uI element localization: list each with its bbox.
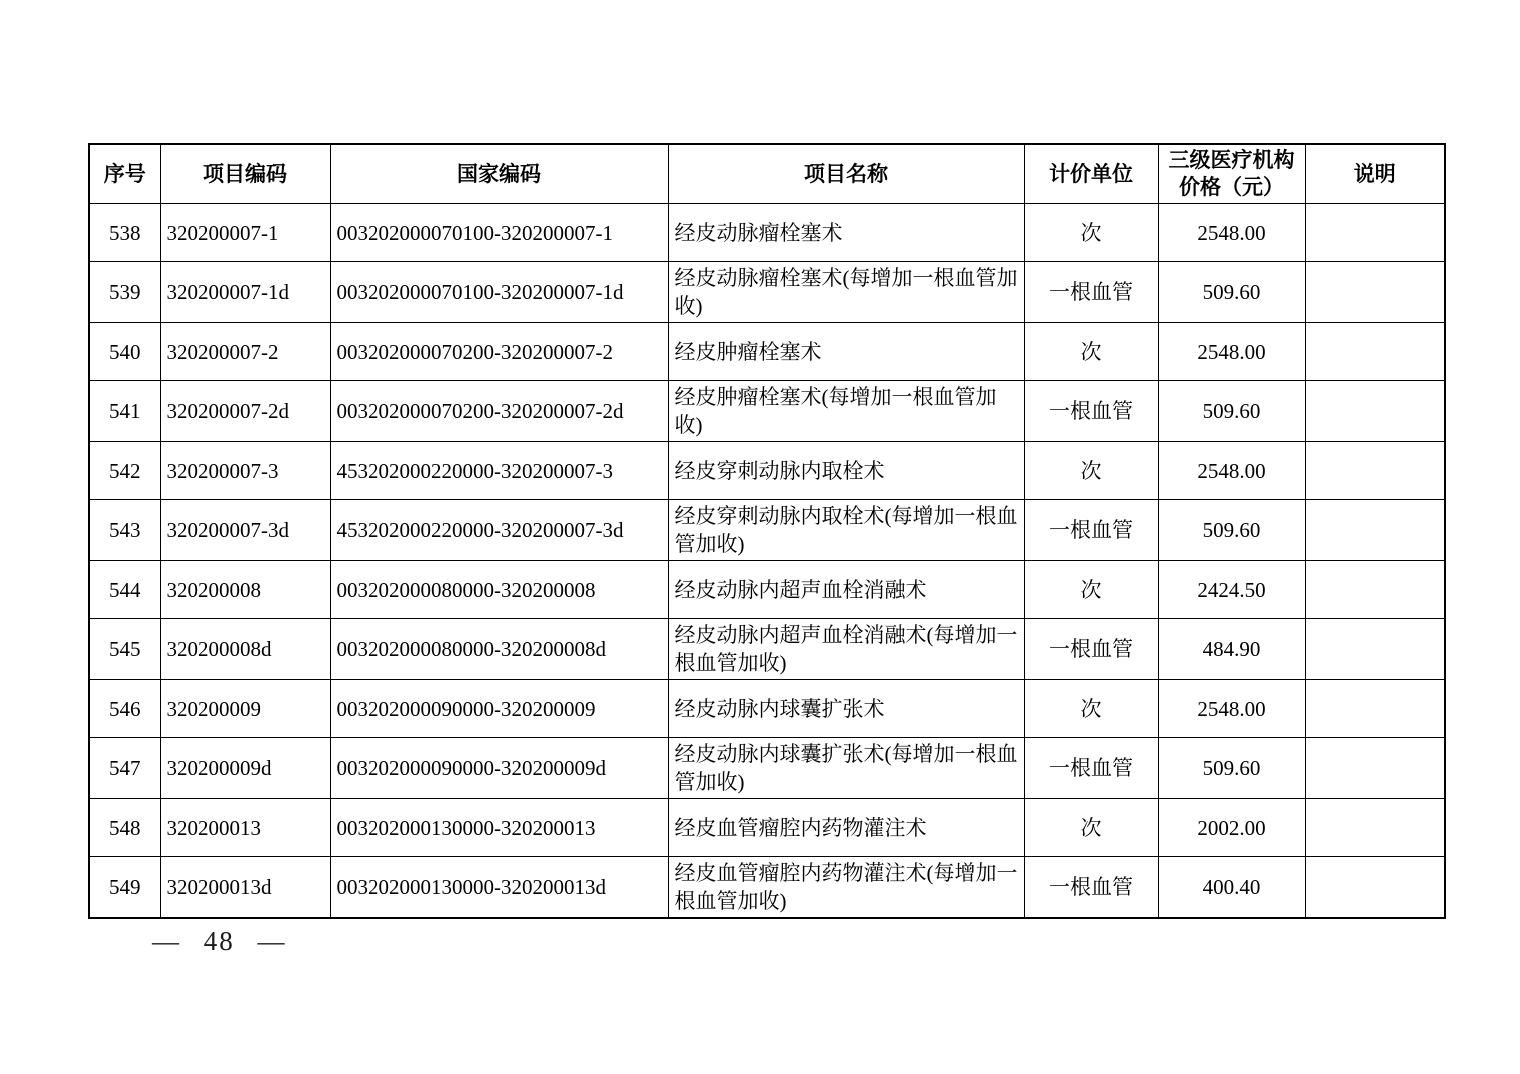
cell-note <box>1305 262 1445 323</box>
cell-seq: 543 <box>89 500 160 561</box>
cell-national-code: 003202000090000-320200009d <box>330 738 668 799</box>
table-body: 538 320200007-1 003202000070100-32020000… <box>89 204 1445 919</box>
cell-pricing-unit: 次 <box>1024 323 1158 381</box>
cell-national-code: 453202000220000-320200007-3d <box>330 500 668 561</box>
cell-seq: 549 <box>89 857 160 919</box>
cell-seq: 538 <box>89 204 160 262</box>
cell-price: 2002.00 <box>1158 799 1305 857</box>
cell-project-code: 320200008 <box>160 561 330 619</box>
cell-note <box>1305 561 1445 619</box>
cell-price: 509.60 <box>1158 738 1305 799</box>
cell-pricing-unit: 次 <box>1024 561 1158 619</box>
cell-project-name: 经皮肿瘤栓塞术 <box>668 323 1024 381</box>
cell-pricing-unit: 次 <box>1024 204 1158 262</box>
cell-project-name: 经皮穿刺动脉内取栓术(每增加一根血管加收) <box>668 500 1024 561</box>
header-project-code: 项目编码 <box>160 144 330 204</box>
cell-project-code: 320200007-3 <box>160 442 330 500</box>
header-note: 说明 <box>1305 144 1445 204</box>
cell-note <box>1305 500 1445 561</box>
cell-project-name: 经皮动脉内球囊扩张术(每增加一根血管加收) <box>668 738 1024 799</box>
cell-price: 509.60 <box>1158 262 1305 323</box>
cell-seq: 548 <box>89 799 160 857</box>
cell-national-code: 003202000070100-320200007-1 <box>330 204 668 262</box>
cell-project-code: 320200013 <box>160 799 330 857</box>
price-table: 序号 项目编码 国家编码 项目名称 计价单位 三级医疗机构价格（元） 说明 53… <box>88 143 1446 919</box>
cell-seq: 545 <box>89 619 160 680</box>
cell-note <box>1305 381 1445 442</box>
cell-project-name: 经皮动脉内超声血栓消融术 <box>668 561 1024 619</box>
cell-project-code: 320200007-3d <box>160 500 330 561</box>
cell-seq: 539 <box>89 262 160 323</box>
cell-note <box>1305 799 1445 857</box>
table-row: 542 320200007-3 453202000220000-32020000… <box>89 442 1445 500</box>
header-tier3-price: 三级医疗机构价格（元） <box>1158 144 1305 204</box>
cell-price: 2548.00 <box>1158 442 1305 500</box>
cell-project-name: 经皮血管瘤腔内药物灌注术 <box>668 799 1024 857</box>
cell-national-code: 003202000070200-320200007-2d <box>330 381 668 442</box>
cell-pricing-unit: 次 <box>1024 799 1158 857</box>
cell-national-code: 003202000130000-320200013 <box>330 799 668 857</box>
cell-pricing-unit: 一根血管 <box>1024 500 1158 561</box>
cell-project-name: 经皮动脉瘤栓塞术(每增加一根血管加收) <box>668 262 1024 323</box>
cell-national-code: 453202000220000-320200007-3 <box>330 442 668 500</box>
cell-national-code: 003202000070200-320200007-2 <box>330 323 668 381</box>
cell-project-code: 320200007-1 <box>160 204 330 262</box>
table-row: 540 320200007-2 003202000070200-32020000… <box>89 323 1445 381</box>
cell-national-code: 003202000080000-320200008 <box>330 561 668 619</box>
table-row: 547 320200009d 003202000090000-320200009… <box>89 738 1445 799</box>
cell-seq: 546 <box>89 680 160 738</box>
document-page: 序号 项目编码 国家编码 项目名称 计价单位 三级医疗机构价格（元） 说明 53… <box>0 0 1520 1074</box>
cell-price: 509.60 <box>1158 381 1305 442</box>
cell-price: 2424.50 <box>1158 561 1305 619</box>
cell-pricing-unit: 次 <box>1024 680 1158 738</box>
header-seq: 序号 <box>89 144 160 204</box>
cell-project-code: 320200007-2 <box>160 323 330 381</box>
table-header: 序号 项目编码 国家编码 项目名称 计价单位 三级医疗机构价格（元） 说明 <box>89 144 1445 204</box>
cell-project-name: 经皮动脉内超声血栓消融术(每增加一根血管加收) <box>668 619 1024 680</box>
cell-price: 400.40 <box>1158 857 1305 919</box>
cell-project-name: 经皮穿刺动脉内取栓术 <box>668 442 1024 500</box>
cell-project-code: 320200009d <box>160 738 330 799</box>
cell-project-code: 320200009 <box>160 680 330 738</box>
cell-pricing-unit: 次 <box>1024 442 1158 500</box>
cell-seq: 542 <box>89 442 160 500</box>
cell-national-code: 003202000080000-320200008d <box>330 619 668 680</box>
cell-project-name: 经皮血管瘤腔内药物灌注术(每增加一根血管加收) <box>668 857 1024 919</box>
table-row: 544 320200008 003202000080000-320200008 … <box>89 561 1445 619</box>
cell-note <box>1305 323 1445 381</box>
cell-note <box>1305 738 1445 799</box>
cell-seq: 541 <box>89 381 160 442</box>
cell-note <box>1305 442 1445 500</box>
cell-price: 2548.00 <box>1158 323 1305 381</box>
cell-seq: 540 <box>89 323 160 381</box>
cell-pricing-unit: 一根血管 <box>1024 381 1158 442</box>
cell-note <box>1305 204 1445 262</box>
cell-price: 2548.00 <box>1158 680 1305 738</box>
header-project-name: 项目名称 <box>668 144 1024 204</box>
cell-price: 2548.00 <box>1158 204 1305 262</box>
table-row: 546 320200009 003202000090000-320200009 … <box>89 680 1445 738</box>
cell-seq: 544 <box>89 561 160 619</box>
table-row: 545 320200008d 003202000080000-320200008… <box>89 619 1445 680</box>
cell-project-name: 经皮动脉瘤栓塞术 <box>668 204 1024 262</box>
cell-national-code: 003202000130000-320200013d <box>330 857 668 919</box>
cell-note <box>1305 857 1445 919</box>
cell-project-code: 320200008d <box>160 619 330 680</box>
table-row: 549 320200013d 003202000130000-320200013… <box>89 857 1445 919</box>
cell-national-code: 003202000070100-320200007-1d <box>330 262 668 323</box>
table-row: 543 320200007-3d 453202000220000-3202000… <box>89 500 1445 561</box>
cell-national-code: 003202000090000-320200009 <box>330 680 668 738</box>
table-row: 538 320200007-1 003202000070100-32020000… <box>89 204 1445 262</box>
cell-note <box>1305 680 1445 738</box>
cell-project-name: 经皮动脉内球囊扩张术 <box>668 680 1024 738</box>
cell-pricing-unit: 一根血管 <box>1024 619 1158 680</box>
cell-price: 509.60 <box>1158 500 1305 561</box>
header-national-code: 国家编码 <box>330 144 668 204</box>
page-number: — 48 — <box>152 925 287 957</box>
cell-project-code: 320200013d <box>160 857 330 919</box>
cell-project-code: 320200007-1d <box>160 262 330 323</box>
cell-pricing-unit: 一根血管 <box>1024 262 1158 323</box>
header-pricing-unit: 计价单位 <box>1024 144 1158 204</box>
table-header-row: 序号 项目编码 国家编码 项目名称 计价单位 三级医疗机构价格（元） 说明 <box>89 144 1445 204</box>
table-row: 548 320200013 003202000130000-320200013 … <box>89 799 1445 857</box>
cell-price: 484.90 <box>1158 619 1305 680</box>
cell-seq: 547 <box>89 738 160 799</box>
cell-pricing-unit: 一根血管 <box>1024 857 1158 919</box>
table-row: 541 320200007-2d 003202000070200-3202000… <box>89 381 1445 442</box>
cell-note <box>1305 619 1445 680</box>
table-row: 539 320200007-1d 003202000070100-3202000… <box>89 262 1445 323</box>
cell-pricing-unit: 一根血管 <box>1024 738 1158 799</box>
cell-project-code: 320200007-2d <box>160 381 330 442</box>
cell-project-name: 经皮肿瘤栓塞术(每增加一根血管加收) <box>668 381 1024 442</box>
